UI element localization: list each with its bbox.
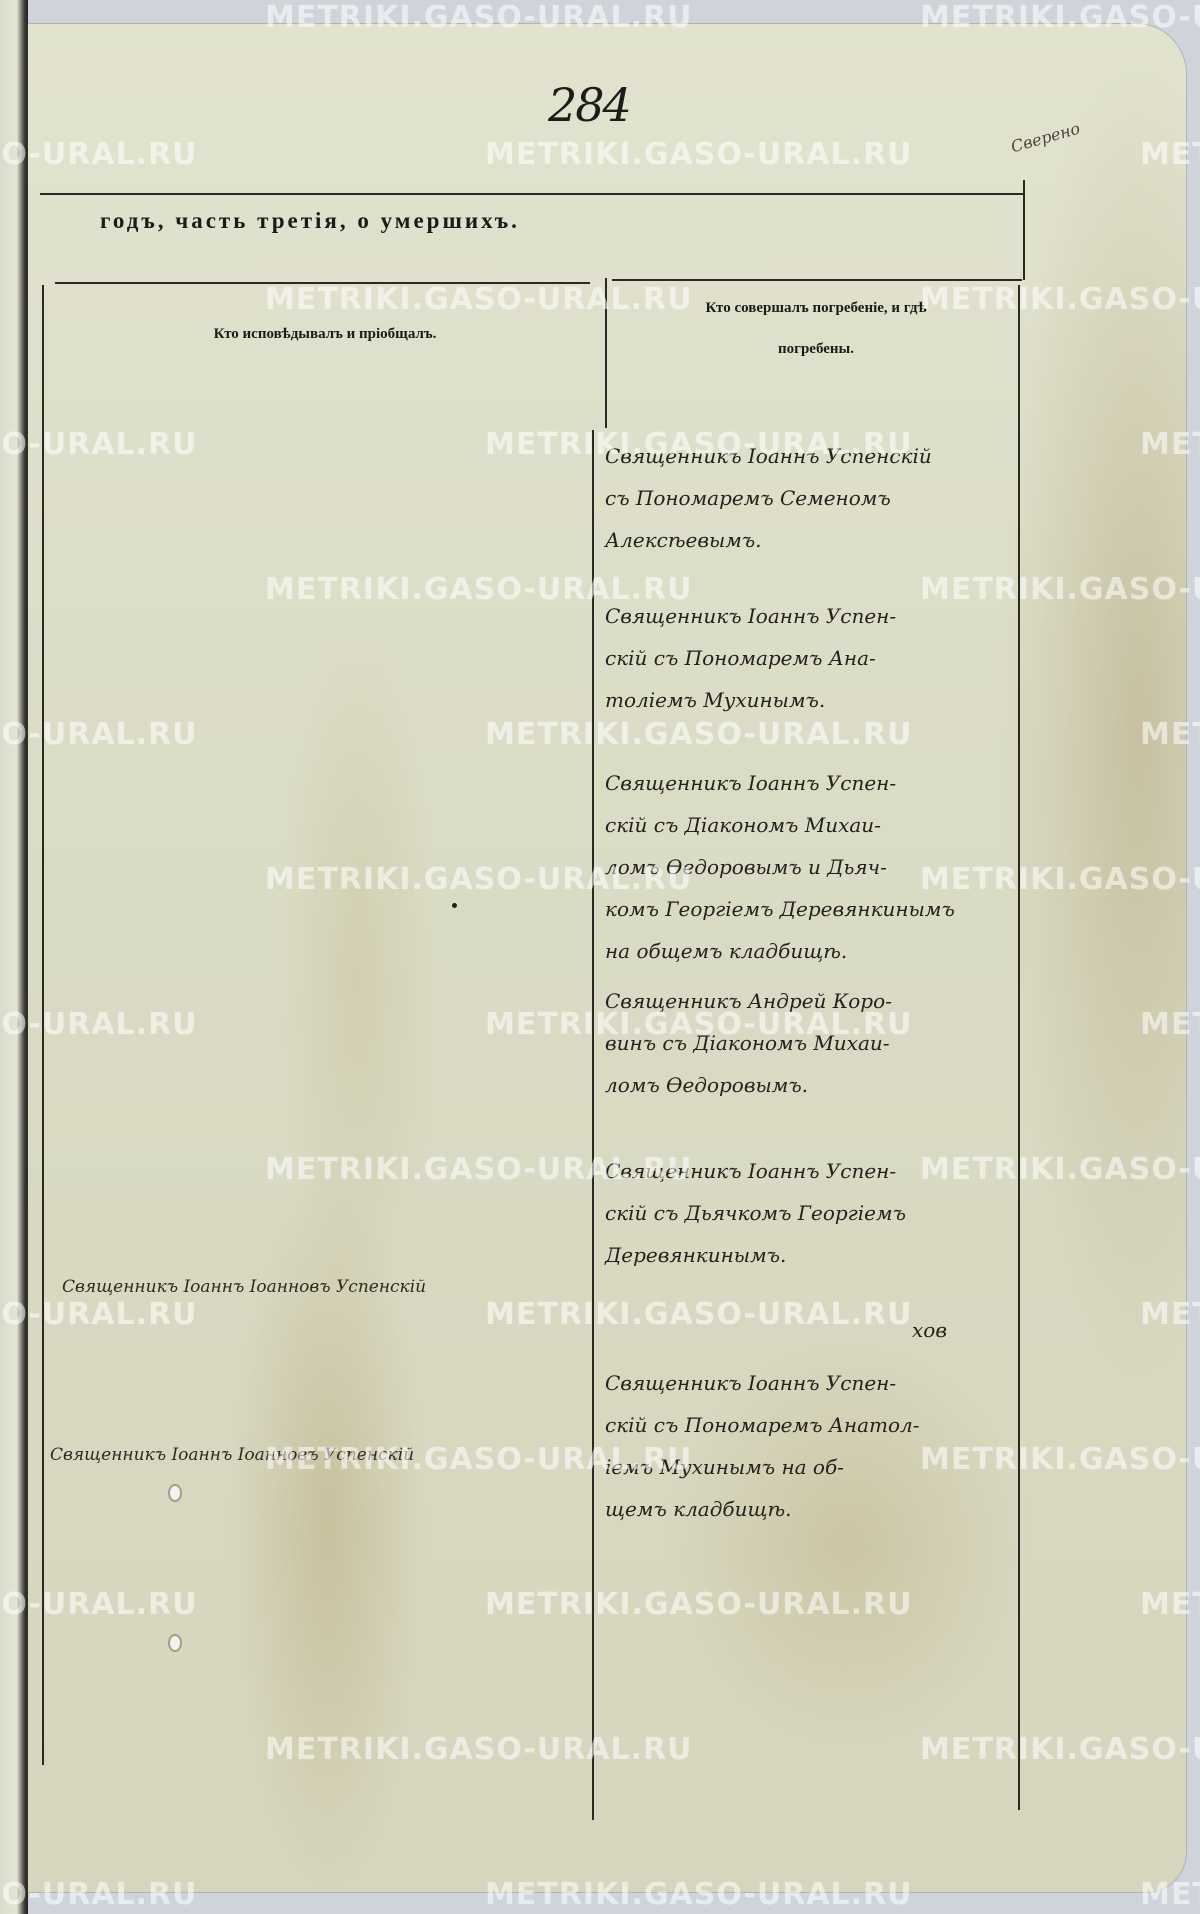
entry-line: Алексѣевымъ.	[605, 519, 1025, 561]
column-divider	[592, 430, 594, 1820]
burial-entry-6-note: хов	[912, 1318, 947, 1342]
burial-entry-3: Священникъ Іоаннъ Успен- скій съ Діаконо…	[605, 762, 1025, 972]
binding-hole	[170, 1636, 180, 1650]
entry-line: Священникъ Іоаннъ Успен-	[605, 762, 1025, 804]
section-title: годъ, часть третія, о умершихъ.	[100, 208, 520, 234]
right-column-top-rule	[612, 279, 1022, 281]
entry-line: на общемъ кладбищѣ.	[605, 930, 1025, 972]
entry-line: Священникъ Андрей Коро-	[605, 980, 1025, 1022]
left-border	[42, 285, 44, 1765]
entry-line: съ Пономаремъ Семеномъ	[605, 477, 1025, 519]
entry-line: Священникъ Іоаннъ Успенскій	[605, 435, 1025, 477]
page-number: 284	[548, 78, 630, 132]
entry-line: Деревянкинымъ.	[605, 1234, 1025, 1276]
confessor-entry-1: Священникъ Іоаннъ Іоанновъ Успенскій	[62, 1272, 587, 1302]
entry-line: Священникъ Іоаннъ Успен-	[605, 595, 1025, 637]
entry-line: скій съ Дьячкомъ Георгіемъ	[605, 1192, 1025, 1234]
entry-line: скій съ Діакономъ Михаи-	[605, 804, 1025, 846]
column-divider-header	[605, 278, 607, 428]
confessor-entry-2: Священникъ Іоаннъ Іоанновъ Успенскій	[50, 1440, 590, 1470]
left-column-top-rule	[55, 282, 590, 284]
top-rule	[40, 193, 1025, 195]
column-header-confessor: Кто исповѣдывалъ и пріобщалъ.	[60, 326, 590, 343]
column-header-burial-line2: погребены.	[612, 341, 1020, 358]
entry-line: іемъ Мухинымъ на об-	[605, 1446, 1025, 1488]
column-header-burial-line1: Кто совершалъ погребеніе, и гдѣ	[612, 300, 1020, 317]
column-header-burial: Кто совершалъ погребеніе, и гдѣ погребен…	[612, 300, 1020, 358]
entry-line: толіемъ Мухинымъ.	[605, 679, 1025, 721]
entry-line: ломъ Өедоровымъ.	[605, 1064, 1025, 1106]
burial-entry-6: Священникъ Іоаннъ Успен- скій съ Пономар…	[605, 1362, 1025, 1530]
entry-line: щемъ кладбищѣ.	[605, 1488, 1025, 1530]
entry-line: винъ съ Діакономъ Михаи-	[605, 1022, 1025, 1064]
burial-entry-5: Священникъ Іоаннъ Успен- скій съ Дьячком…	[605, 1150, 1025, 1276]
entry-line: ломъ Өедоровымъ и Дьяч-	[605, 846, 1025, 888]
burial-entry-1: Священникъ Іоаннъ Успенскій съ Пономарем…	[605, 435, 1025, 561]
burial-entry-2: Священникъ Іоаннъ Успен- скій съ Пономар…	[605, 595, 1025, 721]
entry-line: комъ Георгіемъ Деревянкинымъ	[605, 888, 1025, 930]
burial-entry-4: Священникъ Андрей Коро- винъ съ Діаконом…	[605, 980, 1025, 1106]
header-right-border	[1023, 180, 1025, 280]
column-header-confessor-text: Кто исповѣдывалъ и пріобщалъ.	[214, 326, 437, 342]
entry-line: скій съ Пономаремъ Анатол-	[605, 1404, 1025, 1446]
ink-dot	[452, 903, 457, 908]
entry-line: Священникъ Іоаннъ Успен-	[605, 1150, 1025, 1192]
left-page-edge	[0, 0, 28, 1914]
entry-line: Священникъ Іоаннъ Успен-	[605, 1362, 1025, 1404]
entry-line: скій съ Пономаремъ Ана-	[605, 637, 1025, 679]
binding-hole	[170, 1486, 180, 1500]
